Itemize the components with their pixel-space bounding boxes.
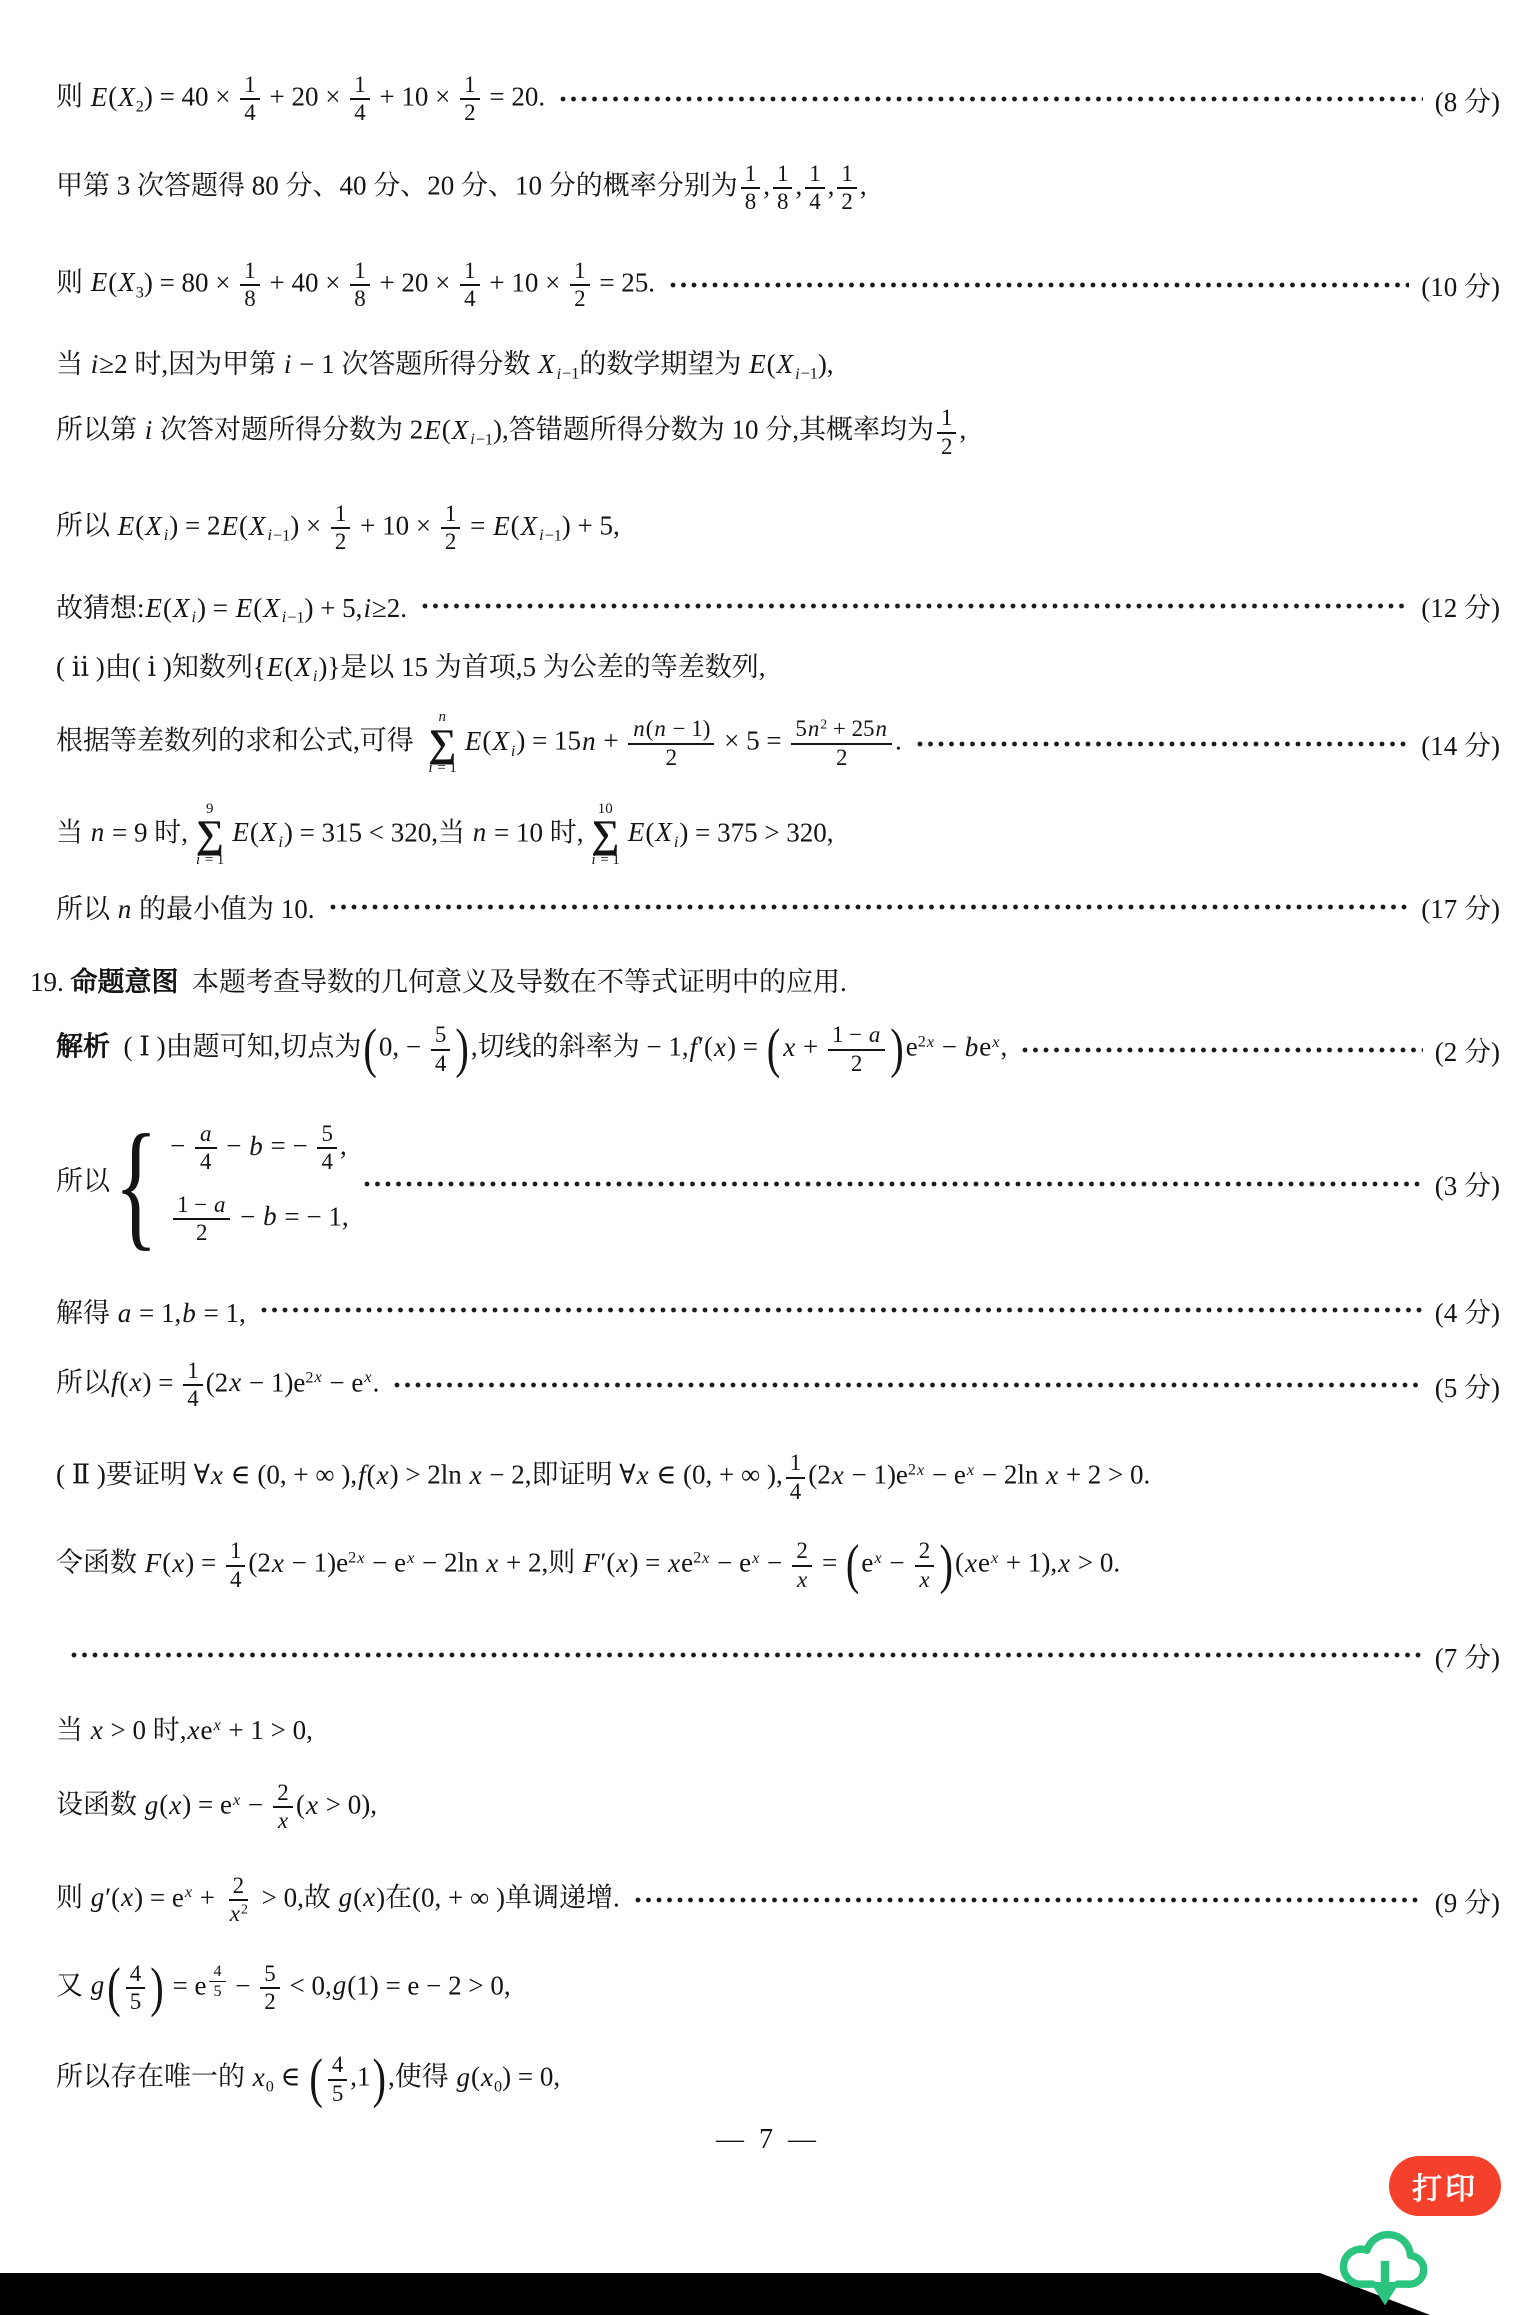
line-content: 当 x > 0 时,xex + 1 > 0,: [56, 1708, 313, 1747]
fraction: 2x: [792, 1538, 812, 1593]
superscript: x: [751, 1549, 760, 1567]
numerator: 4: [328, 2052, 347, 2080]
text: 2: [693, 1549, 701, 1567]
text: ( Ⅰ )由题可知,切点为: [110, 1032, 361, 1062]
variable: n: [117, 894, 133, 924]
text: 本题考查导数的几何意义及导数在不等式证明中的应用.: [179, 967, 847, 997]
superscript: 2: [241, 1902, 248, 1917]
denominator: 2: [570, 286, 589, 312]
text: 19.: [30, 967, 71, 997]
solution-line: 解析 ( Ⅰ )由题可知,切点为(0, − 54),切线的斜率为 − 1,f′(…: [56, 1022, 1500, 1077]
variable: x: [90, 1715, 104, 1745]
fraction: 45: [328, 2052, 347, 2107]
score-label: (10 分): [1421, 265, 1500, 304]
variable: E: [235, 593, 254, 623]
system-rows: − a4 − b = − 54,1 − a2 − b = − 1,: [170, 1121, 349, 1247]
text: ∈ (0, + ∞ ),: [650, 1460, 783, 1490]
denominator: 4: [805, 189, 824, 215]
variable: x: [363, 1368, 372, 1386]
variable: x: [636, 1460, 650, 1490]
fraction: 52: [260, 1961, 279, 2016]
variable: x: [916, 1461, 925, 1479]
text: 0, −: [379, 1032, 428, 1062]
denominator: x: [914, 1567, 934, 1593]
numerator: 1: [441, 501, 460, 529]
score-label: (7 分): [1435, 1636, 1500, 1675]
variable: X: [248, 511, 267, 541]
big-paren: (: [846, 1544, 860, 1588]
text: 所以存在唯一的: [56, 2062, 252, 2092]
variable: X: [259, 817, 278, 847]
text: ),答错题所得分数为 10 分,其概率均为: [493, 415, 934, 445]
numerator: 1: [805, 161, 824, 189]
text: 根据等差数列的求和公式,可得: [56, 726, 421, 756]
numerator: 1: [937, 405, 956, 433]
fraction: 45: [126, 1961, 145, 2016]
system-row: 1 − a2 − b = − 1,: [170, 1192, 349, 1247]
variable: x: [990, 1549, 999, 1567]
text: ) =: [185, 1548, 223, 1578]
line-content: 根据等差数列的求和公式,可得 n∑i = 1E(Xi) = 15n + n(n …: [56, 710, 902, 776]
superscript: 2x: [693, 1549, 710, 1567]
denominator: 8: [773, 189, 792, 215]
dotted-leader: [393, 1381, 1422, 1389]
numerator: 5n2 + 25n: [791, 716, 892, 744]
dotted-leader: [634, 1896, 1423, 1904]
bold-label: 命题意图: [71, 967, 179, 997]
variable: E: [145, 593, 164, 623]
denominator: 5: [209, 1982, 225, 2001]
text: ( Ⅱ )要证明 ∀: [56, 1460, 210, 1490]
denominator: 8: [240, 286, 259, 312]
numerator: 4: [126, 1961, 145, 1989]
denominator: 2: [192, 1220, 211, 1246]
summation: 10∑i = 1: [591, 802, 620, 868]
variable: E: [627, 817, 646, 847]
text: = 1,: [132, 1298, 181, 1328]
text: − e: [925, 1460, 966, 1490]
variable: x: [228, 1367, 242, 1397]
text: e: [978, 1548, 990, 1578]
text: ′(: [601, 1548, 616, 1578]
variable: x: [751, 1549, 760, 1567]
text: (: [511, 511, 520, 541]
text: ,切线的斜率为 − 1,: [471, 1032, 689, 1062]
text: 当: [56, 817, 90, 847]
line-content: 则 E(X2) = 40 × 14 + 20 × 14 + 10 × 12 = …: [56, 72, 545, 127]
text: 所以: [56, 511, 117, 541]
line-content: 所以 E(Xi) = 2E(Xi−1) × 12 + 10 × 12 = E(X…: [56, 501, 620, 556]
numerator: 1 − a: [173, 1192, 230, 1220]
solution-line: 则 E(X3) = 80 × 18 + 40 × 18 + 20 × 14 + …: [56, 258, 1500, 313]
variable: n: [472, 817, 488, 847]
text: (: [253, 593, 262, 623]
variable: x: [873, 1549, 882, 1567]
line-content: 故猜想:E(Xi) = E(Xi−1) + 5,i≥2.: [56, 586, 407, 626]
line-content: 所以 n 的最小值为 10.: [56, 887, 315, 926]
variable: X: [491, 726, 510, 756]
score-label: (17 分): [1421, 887, 1500, 926]
text: − 2ln: [415, 1548, 485, 1578]
variable: i: [144, 415, 154, 445]
numerator: 1: [773, 161, 792, 189]
variable: g: [456, 2062, 472, 2092]
solution-line: 所以{− a4 − b = − 54,1 − a2 − b = − 1,(3 分…: [56, 1121, 1500, 1247]
solution-line: 所以 E(Xi) = 2E(Xi−1) × 12 + 10 × 12 = E(X…: [56, 501, 1500, 556]
dotted-leader: [916, 740, 1410, 748]
subscript: 3: [136, 283, 144, 301]
text: −1: [287, 608, 304, 626]
text: 令函数: [56, 1548, 144, 1578]
superscript: x: [363, 1368, 372, 1386]
variable: a: [117, 1298, 133, 1328]
subscript: i−1: [469, 430, 493, 448]
superscript: 45: [206, 1971, 228, 1989]
print-button[interactable]: 打印: [1389, 2156, 1501, 2216]
variable: X: [451, 415, 470, 445]
line-content: 当 i≥2 时,因为甲第 i − 1 次答题所得分数 Xi−1的数学期望为 E(…: [56, 342, 834, 382]
variable: b: [262, 1201, 278, 1231]
text: ) ×: [290, 511, 328, 541]
variable: E: [748, 349, 767, 379]
variable: x: [1045, 1460, 1059, 1490]
text: − 1)e: [285, 1548, 348, 1578]
fraction: a4: [195, 1121, 216, 1176]
superscript: 2x: [908, 1461, 925, 1479]
variable: x: [485, 1548, 499, 1578]
fraction: 14: [786, 1450, 805, 1505]
subscript: 0: [266, 2078, 274, 2096]
variable: x: [313, 1368, 322, 1386]
dotted-leader: [669, 281, 1409, 289]
variable: E: [464, 726, 483, 756]
text: 次答对题所得分数为 2: [153, 415, 423, 445]
variable: x: [129, 1367, 143, 1397]
variable: a: [199, 1121, 212, 1146]
numerator: 2: [229, 1873, 248, 1901]
text: (2: [808, 1460, 831, 1490]
text: ) =: [143, 1367, 181, 1397]
fraction: 1 − a2: [173, 1192, 230, 1247]
sigma-icon: ∑: [428, 726, 456, 761]
variable: E: [220, 511, 239, 541]
denominator: 2: [937, 434, 956, 460]
text: (: [482, 726, 491, 756]
denominator: x: [792, 1567, 812, 1593]
text: +: [193, 1882, 222, 1912]
variable: a: [868, 1022, 881, 1047]
fraction: 12: [837, 161, 856, 216]
variable: b: [248, 1131, 264, 1161]
text: = 10 时,: [487, 817, 583, 847]
numerator: 1: [240, 258, 259, 286]
text: 则: [56, 1882, 90, 1912]
text: − 1)e: [845, 1460, 908, 1490]
numerator: 1: [786, 1450, 805, 1478]
text: − 1)e: [242, 1367, 305, 1397]
sigma-icon: ∑: [591, 817, 619, 852]
numerator: 2: [273, 1780, 292, 1808]
line-content: 则 g′(x) = ex + 2x2 > 0,故 g(x)在(0, + ∞ )单…: [56, 1873, 620, 1928]
subscript: i−1: [266, 526, 290, 544]
score-label: (9 分): [1435, 1881, 1500, 1920]
lower-limit: i = 1: [591, 853, 620, 869]
text: 则: [56, 82, 90, 112]
solution-line: 所以存在唯一的 x0 ∈ (45,1),使得 g(x0) = 0,: [56, 2052, 1500, 2107]
text: e: [906, 1032, 918, 1062]
text: −: [220, 1131, 249, 1161]
text: − e: [323, 1367, 364, 1397]
denominator: 4: [460, 286, 479, 312]
variable: E: [266, 652, 285, 682]
variable: g: [338, 1882, 354, 1912]
text: + 20 ×: [263, 82, 347, 112]
text: (: [108, 267, 117, 297]
brace-icon: {: [114, 1120, 158, 1248]
superscript: 2x: [305, 1368, 322, 1386]
line-content: 甲第 3 次答题得 80 分、40 分、20 分、10 分的概率分别为18,18…: [56, 161, 867, 216]
solution-line: 甲第 3 次答题得 80 分、40 分、20 分、10 分的概率分别为18,18…: [56, 161, 1500, 216]
variable: X: [537, 349, 556, 379]
text: ) = e: [134, 1882, 184, 1912]
text: 5: [795, 716, 806, 741]
numerator: 1: [570, 258, 589, 286]
superscript: x: [212, 1716, 221, 1734]
variable: X: [293, 652, 312, 682]
variable: x: [229, 1901, 241, 1926]
text: > 0.: [1071, 1548, 1120, 1578]
line-content: 又 g(45) = e45 − 52 < 0,g(1) = e − 2 > 0,: [56, 1961, 511, 2016]
variable: x: [966, 1461, 975, 1479]
variable: f: [357, 1460, 367, 1490]
text: −: [760, 1548, 789, 1578]
big-paren: ): [940, 1544, 954, 1588]
fraction: 2x2: [225, 1873, 252, 1928]
system-row: − a4 − b = − 54,: [170, 1121, 349, 1176]
fraction: 2x: [914, 1538, 934, 1593]
text: ) = 15: [516, 726, 581, 756]
solution-line: (7 分): [56, 1636, 1500, 1675]
text: ,: [763, 170, 770, 200]
subscript: i−1: [556, 365, 580, 383]
text: + 10 ×: [373, 82, 457, 112]
text: ) = 80 ×: [144, 267, 237, 297]
subscript: i−1: [281, 608, 305, 626]
superscript: x: [184, 1883, 193, 1901]
variable: F: [144, 1548, 163, 1578]
denominator: 4: [786, 1479, 805, 1505]
variable: x: [232, 1791, 241, 1809]
text: = 1: [201, 852, 224, 868]
variable: X: [117, 82, 136, 112]
text: (1) = e − 2 > 0,: [347, 1970, 510, 2000]
line-content: 所以存在唯一的 x0 ∈ (45,1),使得 g(x0) = 0,: [56, 2052, 560, 2107]
variable: b: [181, 1298, 197, 1328]
variable: X: [172, 593, 191, 623]
text: (2: [248, 1548, 271, 1578]
text: ,: [1000, 1032, 1007, 1062]
variable: x: [271, 1548, 285, 1578]
text: =: [463, 511, 492, 541]
variable: E: [90, 82, 109, 112]
variable: i: [362, 593, 372, 623]
text: (: [162, 1548, 171, 1578]
denominator: 4: [317, 1149, 336, 1175]
text: 解得: [56, 1298, 117, 1328]
variable: E: [117, 511, 136, 541]
numerator: 1: [183, 1358, 202, 1386]
score-label: (14 分): [1421, 724, 1500, 763]
denominator: x: [273, 1808, 293, 1834]
numerator: 1: [240, 72, 259, 100]
text: −: [935, 1032, 964, 1062]
text: − e: [365, 1548, 406, 1578]
denominator: 4: [431, 1051, 450, 1077]
download-icon[interactable]: [1332, 2216, 1438, 2312]
text: = −: [264, 1131, 315, 1161]
variable: n: [632, 716, 645, 741]
superscript: x: [966, 1461, 975, 1479]
text: (: [296, 1790, 305, 1820]
variable: g: [90, 1882, 106, 1912]
line-content: 令函数 F(x) = 14(2x − 1)e2x − ex − 2ln x + …: [56, 1538, 1120, 1593]
big-paren: (: [767, 1028, 781, 1072]
text: (: [645, 817, 654, 847]
text: + 40 ×: [263, 267, 347, 297]
numerator: 2: [915, 1538, 934, 1566]
text: + 25: [827, 716, 874, 741]
numerator: 4: [209, 1962, 225, 1982]
text: e: [979, 1032, 991, 1062]
text: × 5 =: [717, 726, 788, 756]
text: 2: [348, 1549, 356, 1567]
text: )在(0, + ∞ )单调递增.: [376, 1882, 620, 1912]
line-content: 则 E(X3) = 80 × 18 + 40 × 18 + 20 × 14 + …: [56, 258, 655, 313]
subscript: i−1: [794, 365, 818, 383]
text: ) = e: [182, 1790, 232, 1820]
big-paren: ): [890, 1028, 904, 1072]
denominator: 2: [460, 100, 479, 126]
variable: i: [283, 349, 293, 379]
denominator: 2: [837, 189, 856, 215]
variable: X: [654, 817, 673, 847]
big-paren: (: [309, 2058, 323, 2102]
variable: x: [480, 2062, 494, 2092]
denominator: 2: [662, 745, 681, 771]
text: − e: [710, 1548, 751, 1578]
variable: n: [90, 817, 106, 847]
solution-line: ( Ⅱ )要证明 ∀x ∈ (0, + ∞ ),f(x) > 2ln x − 2…: [56, 1450, 1500, 1505]
numerator: 1: [837, 161, 856, 189]
variable: x: [469, 1460, 483, 1490]
denominator: 4: [183, 1386, 202, 1412]
fraction: 12: [937, 405, 956, 460]
numerator: 1: [350, 72, 369, 100]
score-label: (5 分): [1435, 1366, 1500, 1405]
subscript: 2: [136, 97, 144, 115]
sigma-icon: ∑: [196, 817, 224, 852]
text: 2: [918, 1033, 926, 1051]
text: (: [239, 511, 248, 541]
dotted-leader: [260, 1306, 1423, 1314]
variable: x: [376, 1460, 390, 1490]
text: (: [108, 82, 117, 112]
text: (2: [206, 1367, 229, 1397]
variable: x: [701, 1549, 710, 1567]
line-content: 所以f(x) = 14(2x − 1)e2x − ex.: [56, 1358, 379, 1413]
text: ),: [818, 349, 834, 379]
line-content: 所以第 i 次答对题所得分数为 2E(Xi−1),答错题所得分数为 10 分,其…: [56, 405, 966, 460]
variable: X: [262, 593, 281, 623]
text: + 1 > 0,: [222, 1715, 313, 1745]
variable: x: [305, 1790, 319, 1820]
text: ,: [860, 170, 867, 200]
text: ) = 315 < 320,当: [284, 817, 472, 847]
text: .: [373, 1367, 380, 1397]
line-content: 19. 命题意图 本题考查导数的几何意义及导数在不等式证明中的应用.: [30, 960, 847, 999]
text: + 1),: [999, 1548, 1057, 1578]
text: 又: [56, 1970, 90, 2000]
denominator: 2: [847, 1051, 866, 1077]
solution-line: 令函数 F(x) = 14(2x − 1)e2x − ex − 2ln x + …: [56, 1538, 1500, 1593]
fraction: n(n − 1)2: [628, 716, 714, 771]
variable: x: [252, 2062, 266, 2092]
text: −: [229, 1970, 258, 2000]
fraction: 18: [350, 258, 369, 313]
text: − 2ln: [975, 1460, 1045, 1490]
text: ) + 5,: [562, 511, 620, 541]
text: (: [284, 652, 293, 682]
text: + 2 > 0.: [1059, 1460, 1150, 1490]
big-paren: ): [150, 1966, 164, 2010]
text: ,使得: [388, 2062, 456, 2092]
text: (: [120, 1367, 129, 1397]
text: −: [233, 1201, 262, 1231]
text: −1: [476, 430, 493, 448]
text: −: [883, 1548, 912, 1578]
fraction: 14: [240, 72, 259, 127]
solution-line: 所以 n 的最小值为 10.(17 分): [56, 887, 1500, 926]
text: ,: [795, 170, 802, 200]
solution-line: 故猜想:E(Xi) = E(Xi−1) + 5,i≥2.(12 分): [56, 586, 1500, 626]
text: = 25.: [593, 267, 655, 297]
variable: g: [144, 1790, 160, 1820]
text: (: [471, 2062, 480, 2092]
denominator: 2: [260, 1989, 279, 2015]
solution-line: 则 E(X2) = 40 × 14 + 20 × 14 + 10 × 12 = …: [56, 72, 1500, 127]
fraction: 12: [331, 501, 350, 556]
variable: x: [782, 1032, 796, 1062]
text: −: [170, 1131, 192, 1161]
numerator: 5: [260, 1961, 279, 1989]
numerator: 5: [431, 1022, 450, 1050]
text: 当: [56, 1715, 90, 1745]
bottom-bar: [0, 2273, 1536, 2315]
text: e: [681, 1548, 693, 1578]
score-label: (8 分): [1435, 80, 1500, 119]
text: = 1: [434, 760, 457, 776]
numerator: 1: [460, 258, 479, 286]
lower-limit: i = 1: [428, 761, 457, 777]
superscript: x: [406, 1549, 415, 1567]
text: + 2,则: [499, 1548, 582, 1578]
bold-label: 解析: [56, 1032, 110, 1062]
numerator: 1: [460, 72, 479, 100]
variable: E: [90, 267, 109, 297]
variable: x: [667, 1548, 681, 1578]
score-label: (4 分): [1435, 1291, 1500, 1330]
variable: X: [144, 511, 163, 541]
